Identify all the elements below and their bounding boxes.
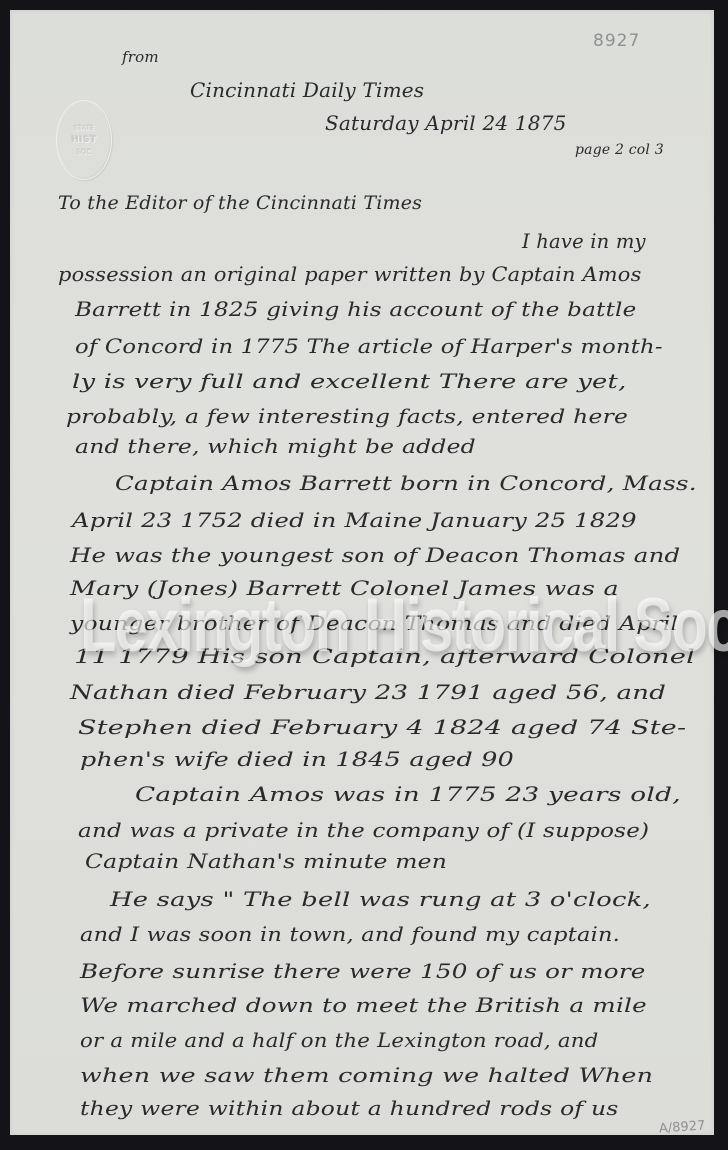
scan-frame: 8927 STATE HIST SOC from Cincinnati Dail… <box>0 0 728 1150</box>
body-line-20: He says " The bell was rung at 3 o'clock… <box>110 890 651 910</box>
body-line-13: 11 1779 His son Captain, afterward Colon… <box>74 647 695 667</box>
body-line-19: Captain Nathan's minute men <box>85 852 447 872</box>
body-line-15: Stephen died February 4 1824 aged 74 Ste… <box>78 718 686 738</box>
body-line-11: Mary (Jones) Barrett Colonel James was a <box>70 579 619 599</box>
body-line-17: Captain Amos was in 1775 23 years old, <box>135 785 681 805</box>
body-line-14: Nathan died February 23 1791 aged 56, an… <box>70 683 666 703</box>
body-line-26: they were within about a hundred rods of… <box>80 1099 619 1119</box>
body-line-2: possession an original paper written by … <box>58 265 642 285</box>
body-line-23: We marched down to meet the British a mi… <box>80 996 647 1016</box>
body-line-8: Captain Amos Barrett born in Concord, Ma… <box>115 474 697 494</box>
seal-text-middle: HIST <box>71 135 97 145</box>
body-line-10: He was the youngest son of Deacon Thomas… <box>70 546 680 566</box>
body-line-24: or a mile and a half on the Lexington ro… <box>80 1031 598 1051</box>
body-line-7: and there, which might be added <box>75 437 476 457</box>
catalog-number-bottom: A/8927 <box>659 1119 706 1135</box>
body-line-16: phen's wife died in 1845 aged 90 <box>80 750 514 770</box>
salutation: To the Editor of the Cincinnati Times <box>58 194 422 213</box>
body-line-25: when we saw them coming we halted When <box>80 1066 653 1086</box>
header-newspaper: Cincinnati Daily Times <box>190 80 424 100</box>
header-date: Saturday April 24 1875 <box>325 113 567 133</box>
body-line-3: Barrett in 1825 giving his account of th… <box>75 300 637 320</box>
header-from: from <box>122 50 159 65</box>
body-line-18: and was a private in the company of (I s… <box>78 821 649 841</box>
body-line-21: and I was soon in town, and found my cap… <box>80 925 620 945</box>
body-line-5: ly is very full and excellent There are … <box>72 372 627 392</box>
seal-text-top: STATE <box>73 124 94 132</box>
embossed-seal-icon: STATE HIST SOC <box>56 100 112 180</box>
seal-text-bottom: SOC <box>77 148 92 156</box>
body-line-12: younger brother of Deacon Thomas and die… <box>70 614 678 634</box>
body-line-4: of Concord in 1775 The article of Harper… <box>75 337 663 357</box>
body-line-1: I have in my <box>522 232 646 252</box>
body-line-9: April 23 1752 died in Maine January 25 1… <box>72 511 637 531</box>
body-line-6: probably, a few interesting facts, enter… <box>66 407 628 427</box>
header-page-ref: page 2 col 3 <box>575 143 664 157</box>
catalog-number-top: 8927 <box>593 33 640 50</box>
body-line-22: Before sunrise there were 150 of us or m… <box>80 962 646 982</box>
